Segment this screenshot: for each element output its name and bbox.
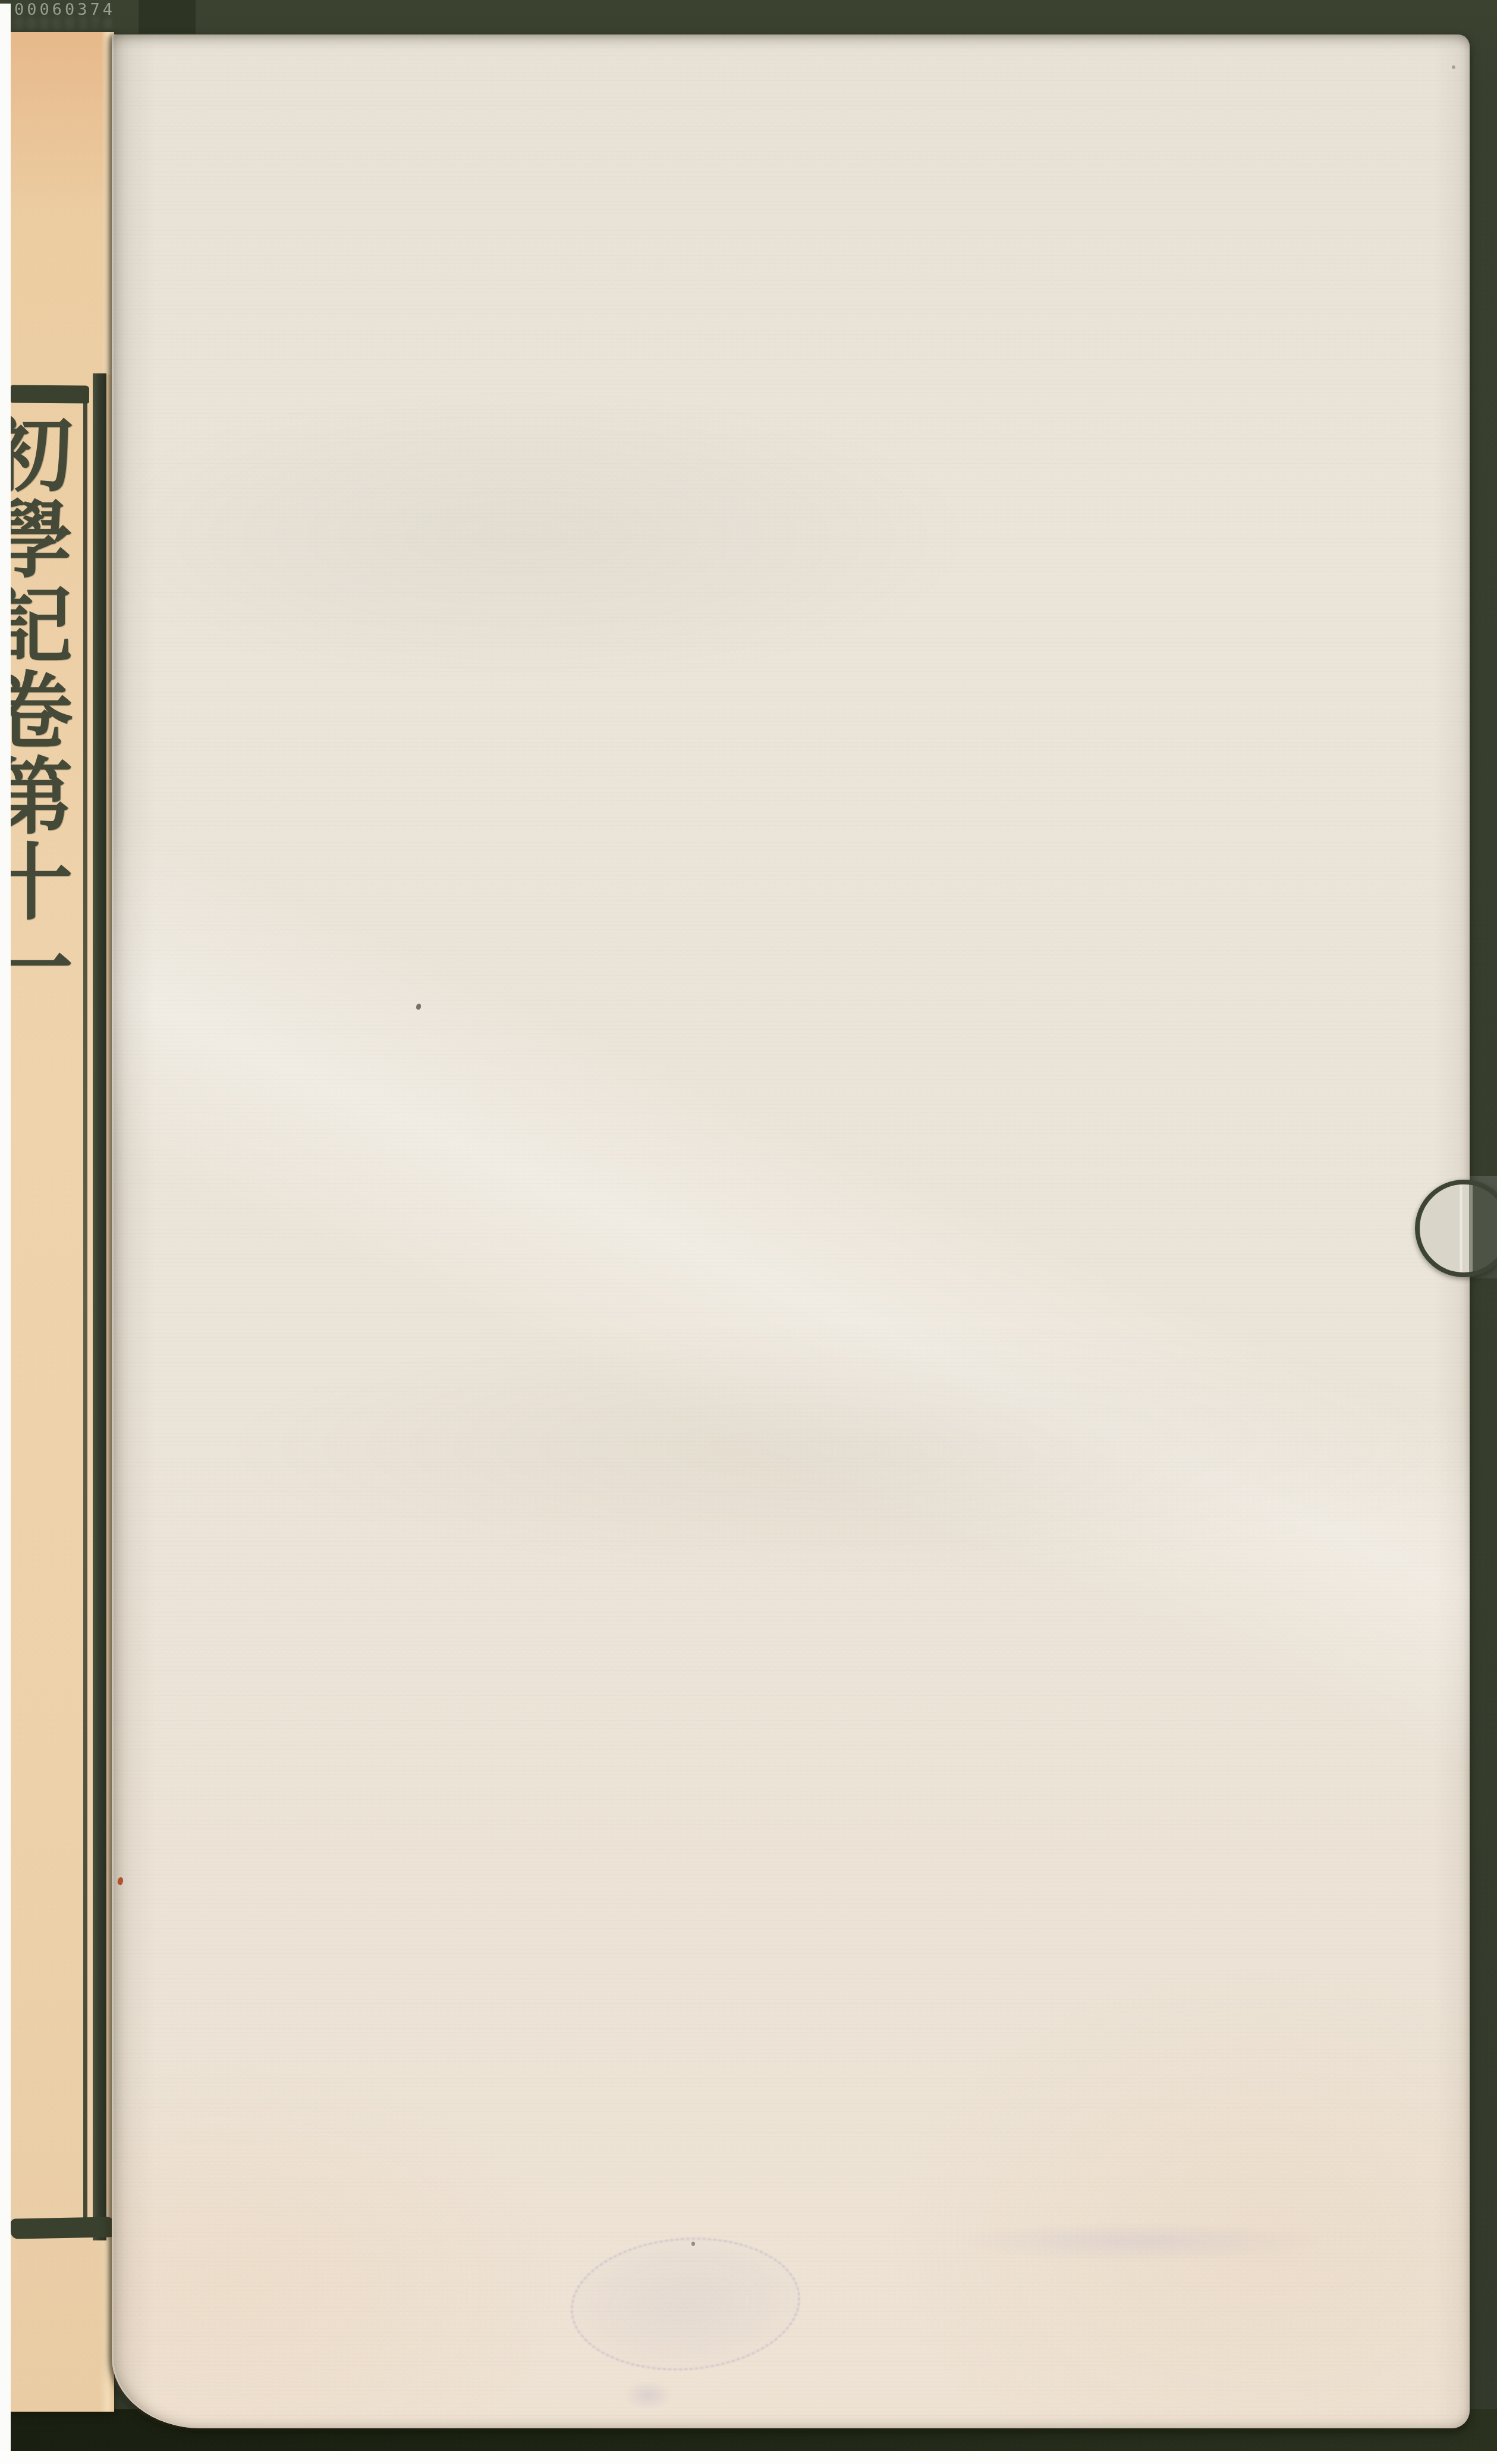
chapter-title-vertical-text: 初學記卷第十一 (11, 410, 65, 1064)
ink-speck (416, 1004, 421, 1010)
stamp-ink-smudge (951, 2223, 1326, 2261)
library-stamp-bleedthrough (567, 2230, 805, 2378)
woodblock-frame-inner-line (83, 389, 87, 2224)
book-scan-surface: 00060374 初學記卷第十一 (0, 0, 1497, 2464)
scanner-bed-dark-patch (139, 0, 196, 34)
woodblock-frame-outer-border (93, 373, 106, 2240)
dust-speck (691, 2242, 695, 2246)
woodblock-frame-top-border (11, 385, 89, 404)
stamp-ink-smudge-small (624, 2382, 672, 2409)
red-fiber-speck (117, 1877, 124, 1885)
woodblock-frame-bottom-border (11, 2217, 114, 2239)
scan-margin-left (0, 4, 11, 2464)
scan-margin-bottom (0, 2451, 1497, 2464)
blank-page (112, 34, 1470, 2428)
paper-texture-wrinkles (112, 34, 1470, 2428)
underlying-page: 初學記卷第十一 (11, 32, 114, 2412)
dust-speck-top (1452, 65, 1455, 69)
scan-id-label: 00060374 (14, 1, 115, 19)
